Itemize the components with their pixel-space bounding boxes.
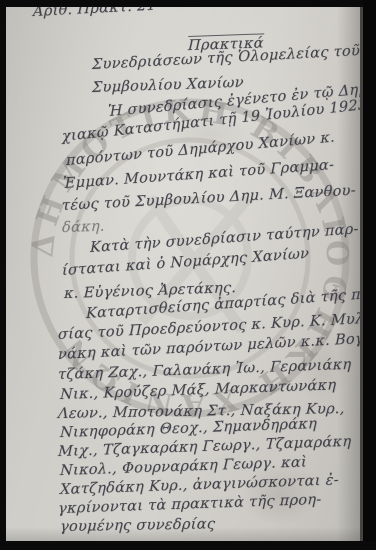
scan-border-right — [363, 0, 376, 550]
scan-border-bottom — [0, 541, 376, 550]
scan-border-left — [0, 0, 6, 550]
scanned-document: ΔΗΜΟΤΙΚΗ ΒΙΒΛΙΟΘΗΚΗ ΧΑΝΙΩΝ Αριθ. Πρακτ. … — [0, 0, 376, 550]
manuscript-line: γουμένης συνεδρίας — [60, 517, 216, 534]
scan-border-top — [0, 0, 376, 7]
manuscript-line: δάκη. — [62, 219, 105, 235]
